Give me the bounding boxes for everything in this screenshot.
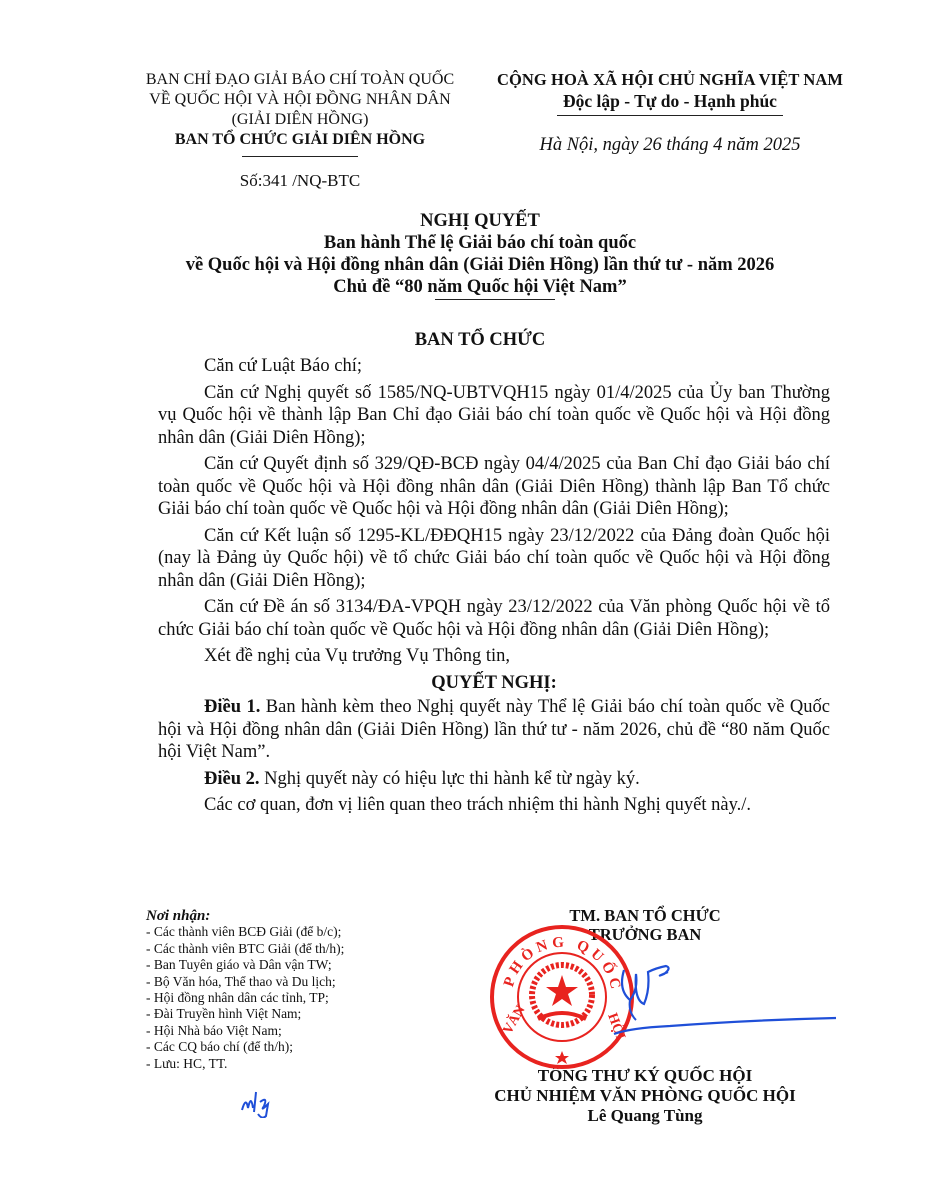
recipient-item: - Lưu: HC, TT.: [146, 1056, 446, 1072]
title-line-3: Chủ đề “80 năm Quốc hội Việt Nam”: [150, 276, 810, 298]
preamble-item: Căn cứ Luật Báo chí;: [158, 355, 830, 378]
recipient-item: - Các thành viên BTC Giải (để th/h);: [146, 941, 446, 957]
initials-mark-icon: [238, 1088, 288, 1118]
motto-divider: [557, 115, 783, 116]
recipient-item: - Hội đồng nhân dân các tỉnh, TP;: [146, 990, 446, 1006]
recipient-item: - Các CQ báo chí (để th/h);: [146, 1039, 446, 1055]
recipients-list: Nơi nhận: - Các thành viên BCĐ Giải (để …: [146, 908, 446, 1072]
title-line-1: Ban hành Thể lệ Giải báo chí toàn quốc: [150, 232, 810, 254]
title-divider: [435, 299, 555, 300]
decision-heading: QUYẾT NGHỊ:: [158, 672, 830, 695]
article-1: Điều 1. Ban hành kèm theo Nghị quyết này…: [158, 696, 830, 764]
recipients-label: Nơi nhận:: [146, 908, 446, 924]
document-title: NGHỊ QUYẾT Ban hành Thể lệ Giải báo chí …: [150, 210, 810, 300]
preamble-item: Căn cứ Nghị quyết số 1585/NQ-UBTVQH15 ng…: [158, 382, 830, 450]
header-divider: [242, 156, 358, 157]
signer-details: TỔNG THƯ KÝ QUỐC HỘI CHỦ NHIỆM VĂN PHÒNG…: [460, 1066, 830, 1126]
preamble-item: Căn cứ Đề án số 3134/ĐA-VPQH ngày 23/12/…: [158, 596, 830, 641]
signer-title-2: CHỦ NHIỆM VĂN PHÒNG QUỐC HỘI: [460, 1086, 830, 1106]
org-line-2: VỀ QUỐC HỘI VÀ HỘI ĐỒNG NHÂN DÂN: [120, 90, 480, 110]
org-unit: BAN TỔ CHỨC GIẢI DIÊN HỒNG: [120, 130, 480, 150]
recipient-item: - Các thành viên BCĐ Giải (để b/c);: [146, 924, 446, 940]
preamble-item: Xét đề nghị của Vụ trưởng Vụ Thông tin,: [158, 645, 830, 668]
article-text: Nghị quyết này có hiệu lực thi hành kể t…: [260, 769, 640, 789]
issuer-heading: BAN TỔ CHỨC: [150, 330, 810, 351]
handwritten-signature-icon: [610, 960, 840, 1040]
recipient-item: - Hội Nhà báo Việt Nam;: [146, 1023, 446, 1039]
article-label: Điều 1.: [204, 697, 260, 717]
article-label: Điều 2.: [204, 769, 260, 789]
closing-clause: Các cơ quan, đơn vị liên quan theo trách…: [158, 794, 830, 817]
preamble-item: Căn cứ Quyết định số 329/QĐ-BCĐ ngày 04/…: [158, 453, 830, 521]
document-type: NGHỊ QUYẾT: [150, 210, 810, 232]
signer-name: Lê Quang Tùng: [460, 1106, 830, 1126]
recipient-item: - Đài Truyền hình Việt Nam;: [146, 1006, 446, 1022]
national-motto: Độc lập - Tự do - Hạnh phúc: [482, 90, 858, 112]
place-date: Hà Nội, ngày 26 tháng 4 năm 2025: [482, 135, 858, 156]
issuing-authority-header: BAN CHỈ ĐẠO GIẢI BÁO CHÍ TOÀN QUỐC VỀ QU…: [120, 70, 480, 191]
org-line-1: BAN CHỈ ĐẠO GIẢI BÁO CHÍ TOÀN QUỐC: [120, 70, 480, 90]
org-line-3: (GIẢI DIÊN HỒNG): [120, 110, 480, 130]
preamble-item: Căn cứ Kết luận số 1295-KL/ĐĐQH15 ngày 2…: [158, 525, 830, 593]
title-line-2: về Quốc hội và Hội đồng nhân dân (Giải D…: [150, 254, 810, 276]
national-header: CỘNG HOÀ XÃ HỘI CHỦ NGHĨA VIỆT NAM Độc l…: [482, 70, 858, 156]
recipient-item: - Bộ Văn hóa, Thể thao và Du lịch;: [146, 974, 446, 990]
document-number: Số:341 /NQ-BTC: [120, 171, 480, 191]
article-2: Điều 2. Nghị quyết này có hiệu lực thi h…: [158, 768, 830, 791]
nation-name: CỘNG HOÀ XÃ HỘI CHỦ NGHĨA VIỆT NAM: [482, 70, 858, 90]
document-body: Căn cứ Luật Báo chí; Căn cứ Nghị quyết s…: [158, 355, 830, 821]
recipient-item: - Ban Tuyên giáo và Dân vận TW;: [146, 957, 446, 973]
